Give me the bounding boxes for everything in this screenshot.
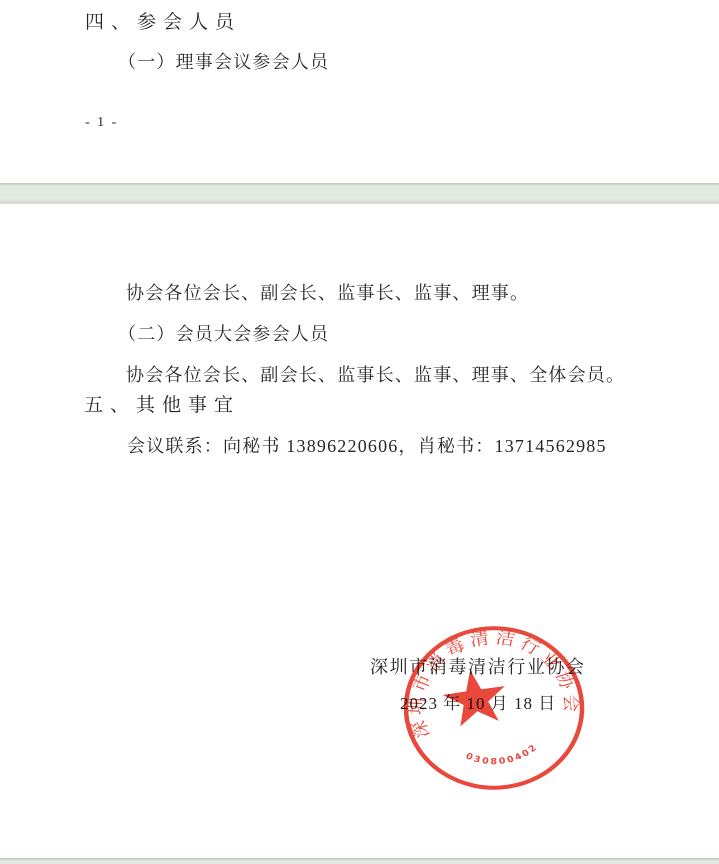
- seal-arc-text: 深圳市消毒清洁行业协会: [398, 621, 585, 741]
- subsection-heading-2: （二）会员大会参会人员: [118, 324, 329, 344]
- page-2: 协会各位会长、副会长、监事长、监事、理事。 （二）会员大会参会人员 协会各位会长…: [0, 204, 719, 858]
- bottom-page-gap-band: [0, 858, 719, 864]
- participants-line-2: 协会各位会长、副会长、监事长、监事、理事、全体会员。: [126, 365, 625, 385]
- seal-star: [439, 666, 510, 728]
- section-heading-5: 五、其他事宜: [84, 396, 240, 416]
- official-seal: 深圳市消毒清洁行业协会 4403080040261: [398, 621, 590, 795]
- subsection-heading-1: （一）理事会议参会人员: [118, 52, 329, 72]
- page-1: 四、参会人员 （一）理事会议参会人员 - 1 -: [0, 0, 719, 183]
- page-number: - 1 -: [85, 113, 118, 133]
- page-gap-band: [0, 183, 719, 204]
- contact-line: 会议联系：向秘书 13896220606，肖秘书：13714562985: [127, 436, 607, 456]
- participants-line-1: 协会各位会长、副会长、监事长、监事、理事。: [126, 283, 529, 303]
- document-viewer: 四、参会人员 （一）理事会议参会人员 - 1 - 协会各位会长、副会长、监事长、…: [0, 0, 719, 864]
- section-heading-4: 四、参会人员: [85, 13, 241, 33]
- svg-text:深圳市消毒清洁行业协会: 深圳市消毒清洁行业协会: [398, 621, 585, 741]
